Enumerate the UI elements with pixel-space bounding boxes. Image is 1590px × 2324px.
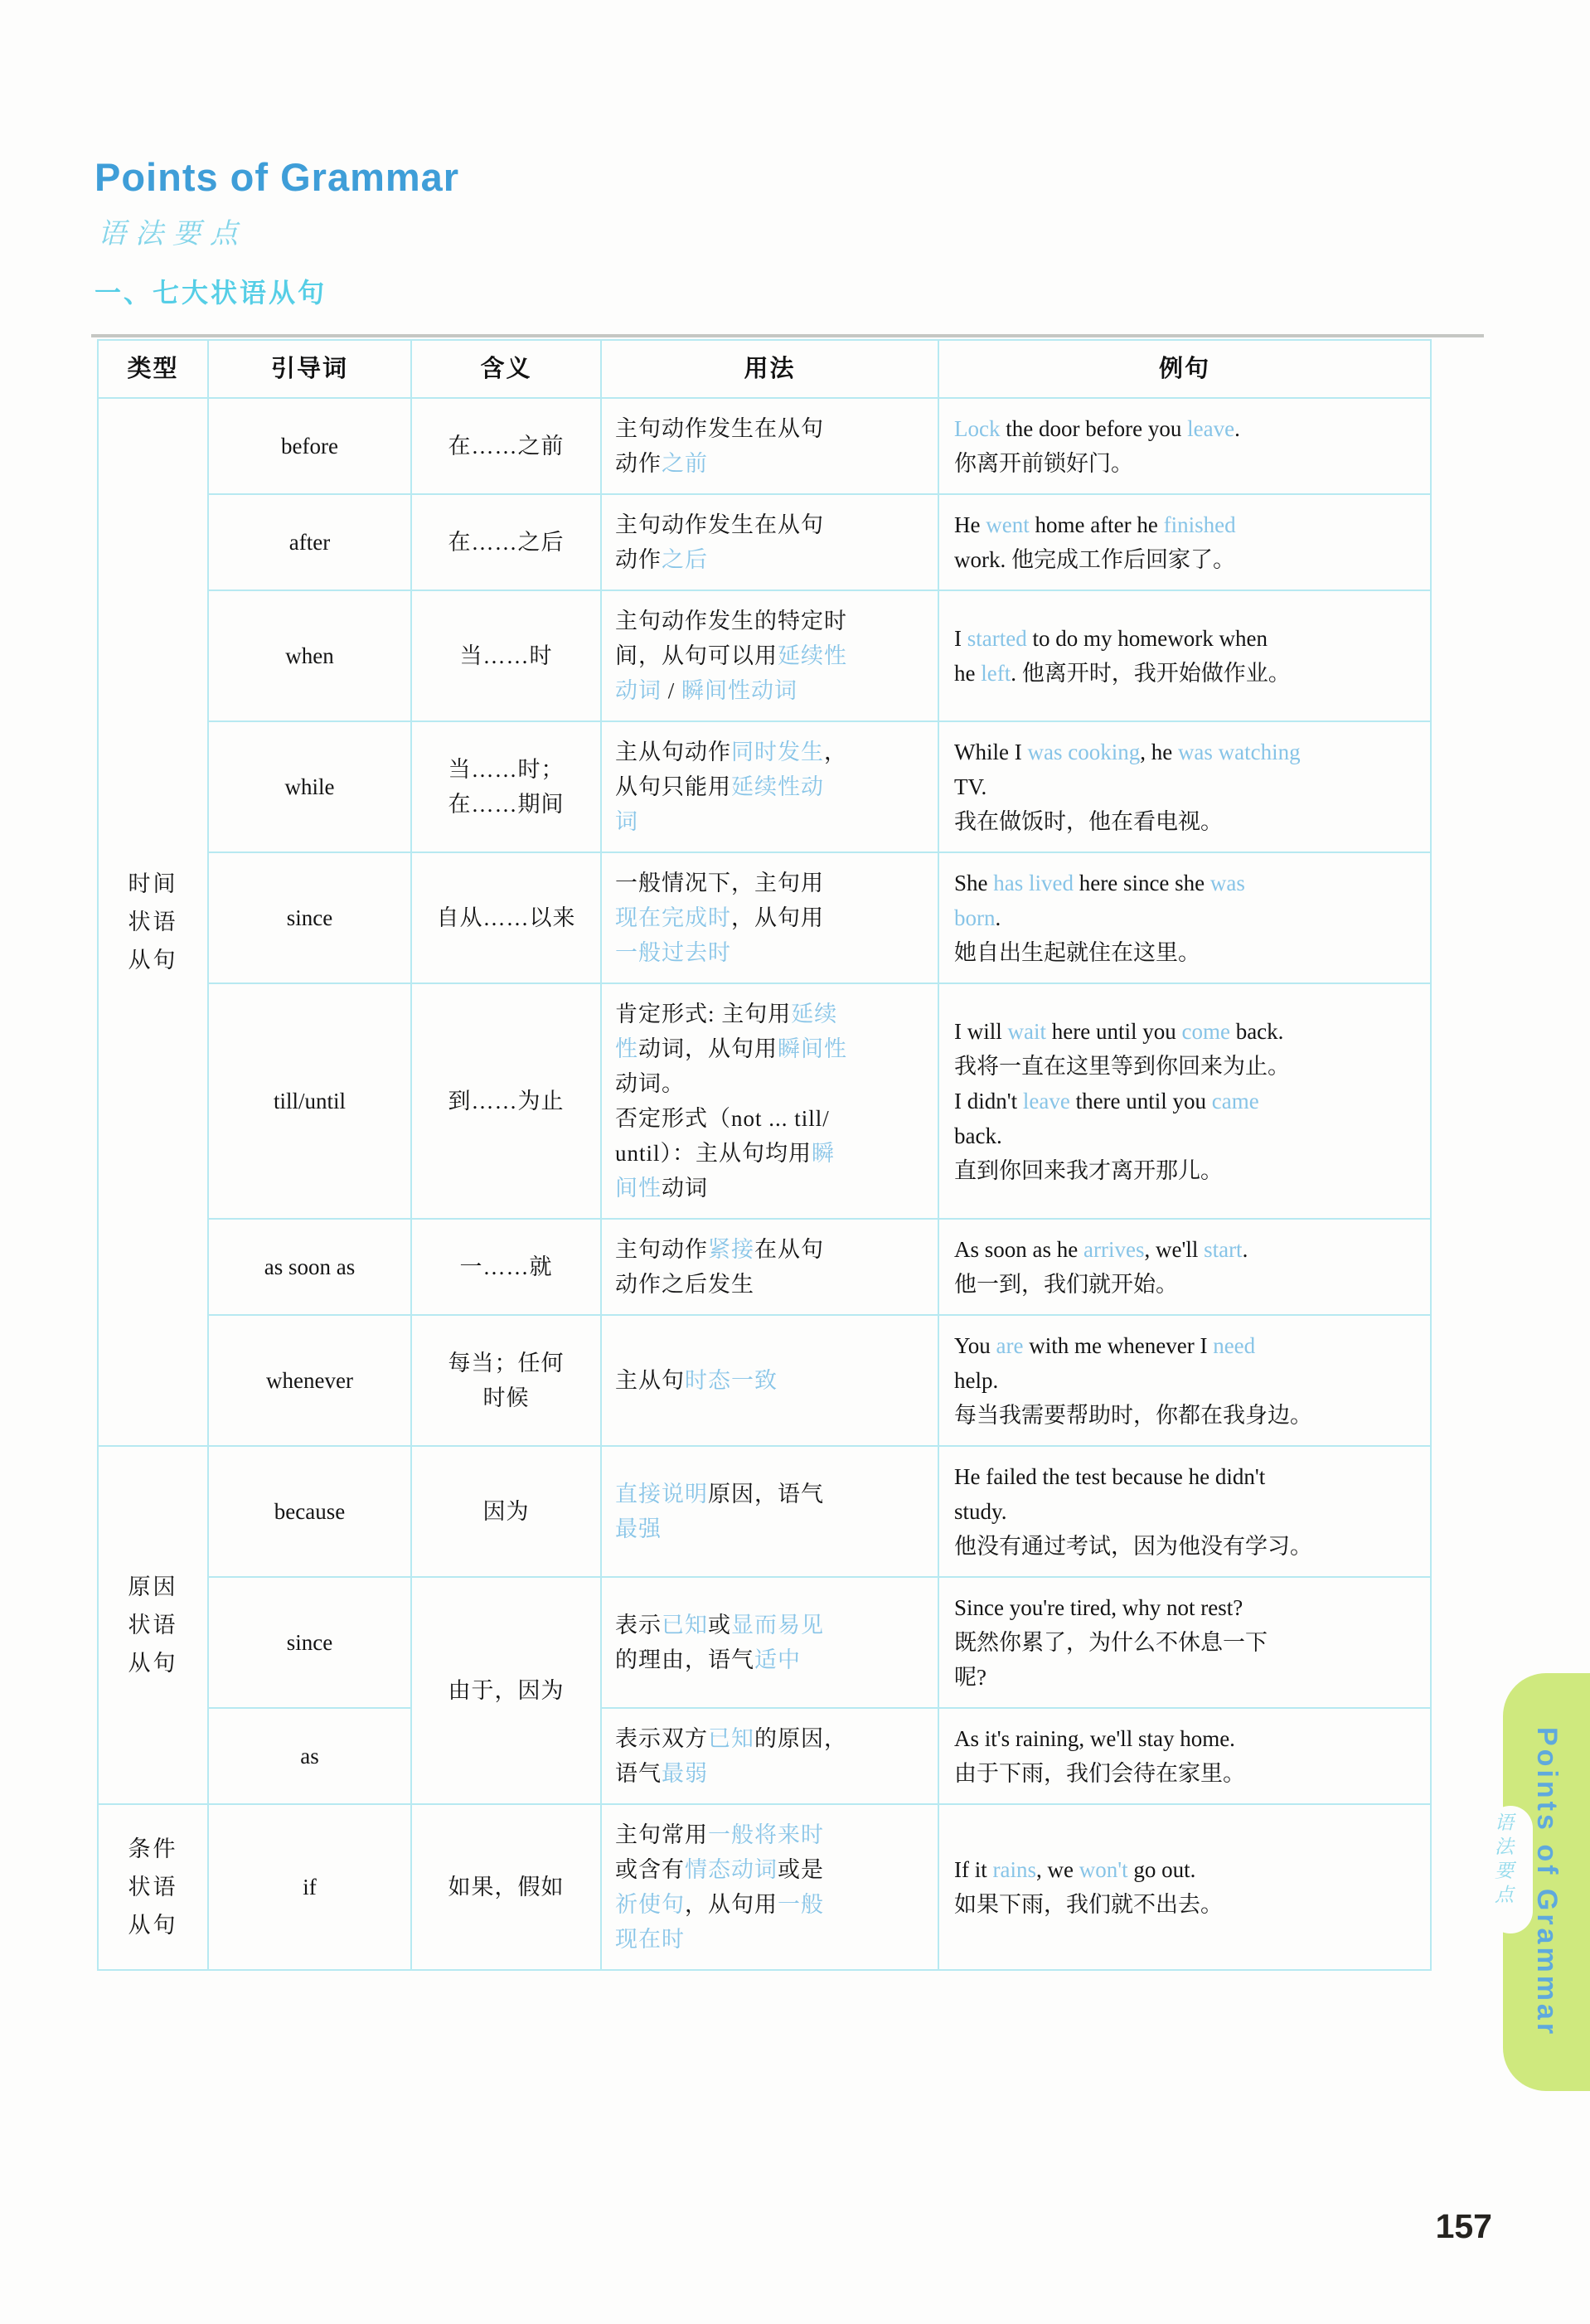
table-row: after在……之后主句动作发生在从句动作之后He went home afte… xyxy=(98,494,1431,590)
conj-cell: till/until xyxy=(208,983,411,1219)
meaning-cell: 一……就 xyxy=(411,1219,601,1315)
usage-cell: 表示已知或显而易见的理由，语气适中 xyxy=(601,1577,938,1708)
conj-cell: when xyxy=(208,590,411,721)
usage-cell: 主句常用一般将来时或含有情态动词或是祈使句，从句用一般现在时 xyxy=(601,1804,938,1970)
example-cell: You are with me whenever I needhelp.每当我需… xyxy=(938,1315,1431,1446)
table-body: 时间状语从句before在……之前主句动作发生在从句动作之前Lock the d… xyxy=(98,398,1431,1970)
section-heading: 一、七大状语从句 xyxy=(95,272,327,310)
page-number: 157 xyxy=(1376,2207,1492,2246)
table-row: 条件状语从句if如果，假如主句常用一般将来时或含有情态动词或是祈使句，从句用一般… xyxy=(98,1804,1431,1970)
column-header-type: 类型 xyxy=(98,340,208,398)
type-cell: 条件状语从句 xyxy=(98,1804,208,1970)
type-cell: 时间状语从句 xyxy=(98,398,208,1446)
meaning-cell: 当……时 xyxy=(411,590,601,721)
column-header-meaning: 含义 xyxy=(411,340,601,398)
example-cell: As soon as he arrives, we'll start.他一到，我… xyxy=(938,1219,1431,1315)
table-row: 时间状语从句before在……之前主句动作发生在从句动作之前Lock the d… xyxy=(98,398,1431,494)
example-cell: He went home after he finishedwork. 他完成工… xyxy=(938,494,1431,590)
meaning-cell: 自从……以来 xyxy=(411,852,601,983)
example-cell: As it's raining, we'll stay home.由于下雨，我们… xyxy=(938,1708,1431,1804)
conj-cell: as xyxy=(208,1708,411,1804)
textbook-page: Points of Grammar 语法要点 一、七大状语从句 类型 引导词 含… xyxy=(0,0,1590,2324)
usage-cell: 肯定形式: 主句用延续性动词，从句用瞬间性动词。否定形式（not ... til… xyxy=(601,983,938,1219)
example-cell: Lock the door before you leave.你离开前锁好门。 xyxy=(938,398,1431,494)
column-header-example: 例句 xyxy=(938,340,1431,398)
meaning-cell: 当……时；在……期间 xyxy=(411,721,601,852)
table-row: 原因状语从句because因为直接说明原因，语气最强He failed the … xyxy=(98,1446,1431,1577)
usage-cell: 直接说明原因，语气最强 xyxy=(601,1446,938,1577)
example-cell: I will wait here until you come back.我将一… xyxy=(938,983,1431,1219)
table-row: whenever每当；任何时候主从句时态一致You are with me wh… xyxy=(98,1315,1431,1446)
conj-cell: after xyxy=(208,494,411,590)
page-subtitle: 语法要点 xyxy=(98,211,247,251)
conj-cell: before xyxy=(208,398,411,494)
meaning-cell: 每当；任何时候 xyxy=(411,1315,601,1446)
meaning-cell: 到……为止 xyxy=(411,983,601,1219)
meaning-cell: 如果，假如 xyxy=(411,1804,601,1970)
usage-cell: 主句动作紧接在从句动作之后发生 xyxy=(601,1219,938,1315)
page-title: Points of Grammar xyxy=(95,154,459,200)
column-header-usage: 用法 xyxy=(601,340,938,398)
example-cell: He failed the test because he didn'tstud… xyxy=(938,1446,1431,1577)
usage-cell: 一般情况下，主句用现在完成时，从句用一般过去时 xyxy=(601,852,938,983)
table-row: while当……时；在……期间主从句动作同时发生，从句只能用延续性动词While… xyxy=(98,721,1431,852)
side-tab-label: Points of Grammar xyxy=(1503,1673,1590,2091)
usage-cell: 主从句时态一致 xyxy=(601,1315,938,1446)
table-header-row: 类型 引导词 含义 用法 例句 xyxy=(98,340,1431,398)
column-header-conj: 引导词 xyxy=(208,340,411,398)
usage-cell: 主句动作发生在从句动作之后 xyxy=(601,494,938,590)
table-row: since自从……以来一般情况下，主句用现在完成时，从句用一般过去时She ha… xyxy=(98,852,1431,983)
conj-cell: since xyxy=(208,1577,411,1708)
conj-cell: since xyxy=(208,852,411,983)
scan-rule-divider xyxy=(91,334,1484,337)
conj-cell: because xyxy=(208,1446,411,1577)
table-row: since由于，因为表示已知或显而易见的理由，语气适中Since you're … xyxy=(98,1577,1431,1708)
example-cell: I started to do my homework whenhe left.… xyxy=(938,590,1431,721)
table-row: when当……时主句动作发生的特定时间，从句可以用延续性动词 / 瞬间性动词I … xyxy=(98,590,1431,721)
example-cell: Since you're tired, why not rest?既然你累了，为… xyxy=(938,1577,1431,1708)
example-cell: While I was cooking, he was watchingTV.我… xyxy=(938,721,1431,852)
conj-cell: while xyxy=(208,721,411,852)
example-cell: She has lived here since she wasborn.她自出… xyxy=(938,852,1431,983)
grammar-table: 类型 引导词 含义 用法 例句 时间状语从句before在……之前主句动作发生在… xyxy=(97,339,1432,1971)
type-cell: 原因状语从句 xyxy=(98,1446,208,1804)
meaning-cell: 在……之前 xyxy=(411,398,601,494)
conj-cell: whenever xyxy=(208,1315,411,1446)
usage-cell: 主从句动作同时发生，从句只能用延续性动词 xyxy=(601,721,938,852)
table-row: as表示双方已知的原因，语气最弱As it's raining, we'll s… xyxy=(98,1708,1431,1804)
table-row: till/until到……为止肯定形式: 主句用延续性动词，从句用瞬间性动词。否… xyxy=(98,983,1431,1219)
meaning-cell: 因为 xyxy=(411,1446,601,1577)
conj-cell: as soon as xyxy=(208,1219,411,1315)
meaning-cell: 由于，因为 xyxy=(411,1577,601,1804)
conj-cell: if xyxy=(208,1804,411,1970)
usage-cell: 表示双方已知的原因，语气最弱 xyxy=(601,1708,938,1804)
usage-cell: 主句动作发生的特定时间，从句可以用延续性动词 / 瞬间性动词 xyxy=(601,590,938,721)
meaning-cell: 在……之后 xyxy=(411,494,601,590)
table-row: as soon as一……就主句动作紧接在从句动作之后发生As soon as … xyxy=(98,1219,1431,1315)
usage-cell: 主句动作发生在从句动作之前 xyxy=(601,398,938,494)
example-cell: If it rains, we won't go out.如果下雨，我们就不出去… xyxy=(938,1804,1431,1970)
